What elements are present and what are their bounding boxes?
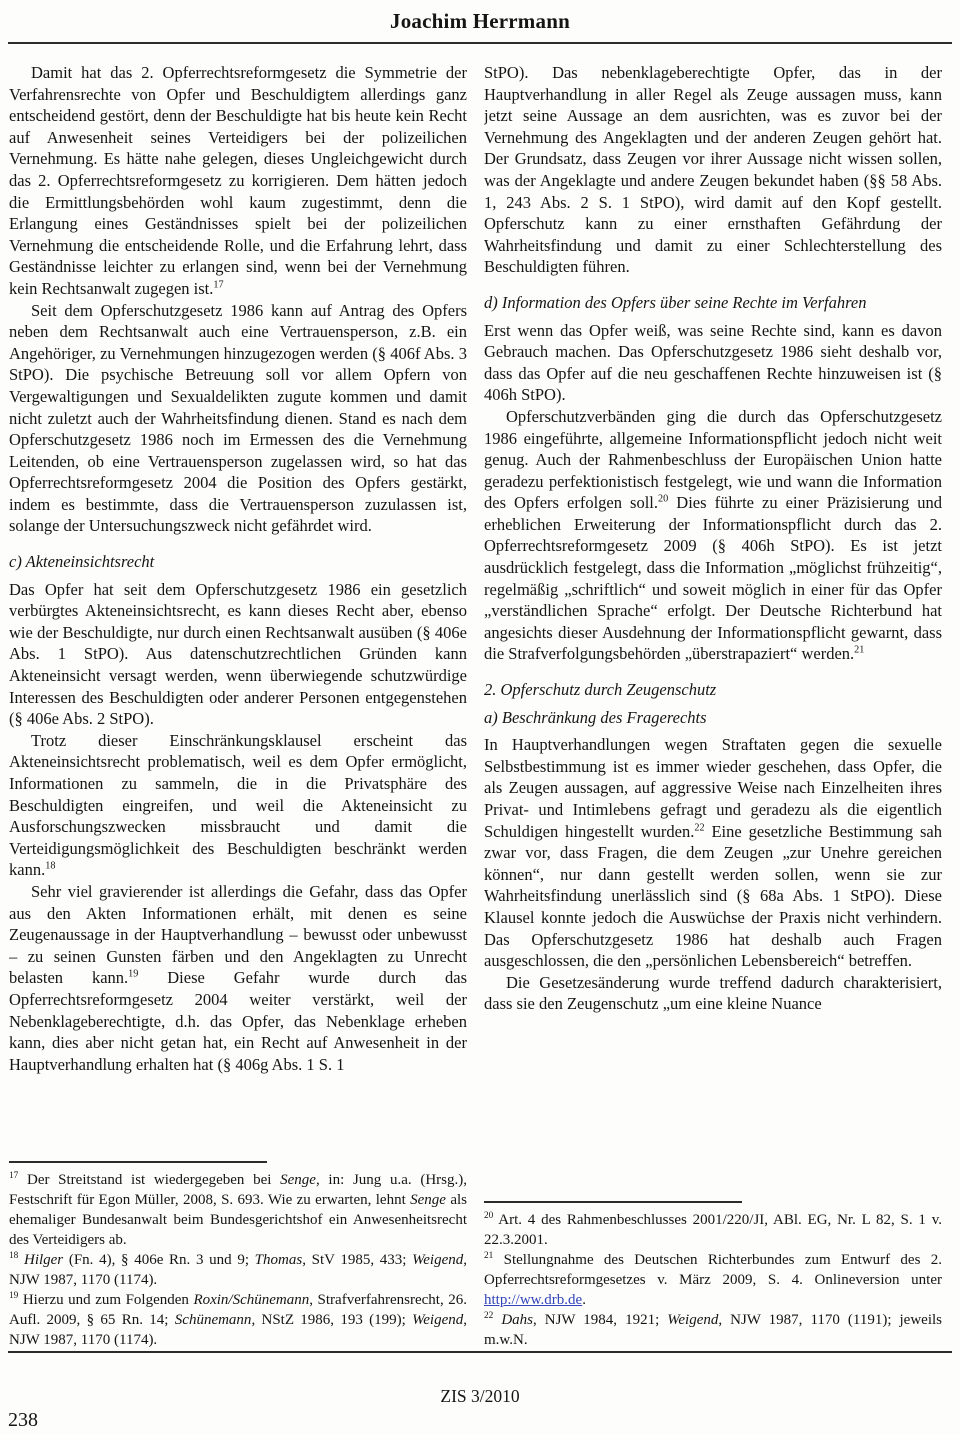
footnote-ref: 22: [694, 822, 704, 833]
footnote: 19 Hierzu und zum Folgenden Roxin/Schüne…: [9, 1290, 467, 1350]
author-name: Joachim Herrmann: [390, 9, 570, 33]
emphasized-text: Senge: [280, 1172, 316, 1188]
emphasized-text: Schünemann: [175, 1312, 252, 1328]
paragraph: Sehr viel gravierender ist allerdings di…: [9, 881, 467, 1075]
footnote-ref: 20: [658, 494, 668, 505]
footnote-ref: 21: [854, 645, 864, 656]
footnote: 18 Hilger (Fn. 4), § 406e Rn. 3 und 9; T…: [9, 1250, 467, 1290]
section-heading: c) Akteneinsichtsrecht: [9, 551, 467, 573]
paragraph: Erst wenn das Opfer weiß, was seine Rech…: [484, 320, 942, 406]
footnote-number: 21: [484, 1251, 493, 1261]
left-column: Damit hat das 2. Opferrechtsreformgesetz…: [9, 62, 467, 1350]
emphasized-text: Weigend: [667, 1312, 718, 1328]
footnote-ref: 17: [213, 279, 223, 290]
paragraph: StPO). Das nebenklageberechtigte Opfer, …: [484, 62, 942, 278]
section-heading: 2. Opferschutz durch Zeugenschutz: [484, 679, 942, 701]
emphasized-text: Weigend: [412, 1312, 463, 1328]
emphasized-text: Weigend: [412, 1252, 463, 1268]
footnote-separator: [9, 1161, 267, 1163]
drb-link[interactable]: http://ww.drb.de: [484, 1292, 582, 1308]
footnote: 17 Der Streitstand ist wiedergegeben bei…: [9, 1170, 467, 1250]
left-column-body: Damit hat das 2. Opferrechtsreformgesetz…: [9, 62, 467, 1075]
footnote-separator: [484, 1201, 742, 1203]
right-column-footnotes: 20 Art. 4 des Rahmenbeschlusses 2001/220…: [484, 1201, 942, 1350]
footnote-number: 18: [9, 1251, 18, 1261]
page-number: 238: [8, 1409, 38, 1432]
paragraph: Die Gesetzesänderung wurde treffend dadu…: [484, 972, 942, 1015]
right-column: StPO). Das nebenklageberechtigte Opfer, …: [484, 62, 942, 1350]
left-column-footnotes: 17 Der Streitstand ist wiedergegeben bei…: [9, 1161, 467, 1350]
paragraph: Seit dem Opferschutzgesetz 1986 kann auf…: [9, 300, 467, 538]
section-heading: d) Information des Opfers über seine Rec…: [484, 292, 942, 314]
two-column-layout: Damit hat das 2. Opferrechtsreformgesetz…: [0, 44, 960, 1350]
journal-title: ZIS 3/2010: [0, 1386, 960, 1407]
emphasized-text: Roxin/Schünemann: [193, 1292, 309, 1308]
footer-rule: [8, 1351, 952, 1353]
page-footer: ZIS 3/2010 238: [0, 1351, 960, 1435]
emphasized-text: Thomas: [255, 1252, 303, 1268]
footnote-number: 20: [484, 1211, 493, 1221]
journal-page: Joachim Herrmann Damit hat das 2. Opferr…: [0, 0, 960, 1435]
paragraph: Das Opfer hat seit dem Opferschutzgesetz…: [9, 579, 467, 730]
footnote: 20 Art. 4 des Rahmenbeschlusses 2001/220…: [484, 1210, 942, 1250]
emphasized-text: Hilger: [24, 1252, 63, 1268]
paragraph: Damit hat das 2. Opferrechtsreformgesetz…: [9, 62, 467, 300]
footnote: 22 Dahs, NJW 1984, 1921; Weigend, NJW 19…: [484, 1310, 942, 1350]
paragraph: Opferschutzverbänden ging die durch das …: [484, 406, 942, 665]
footnote-ref: 18: [45, 861, 55, 872]
footnote-number: 22: [484, 1311, 493, 1321]
footnote-number: 19: [9, 1291, 18, 1301]
paragraph: Trotz dieser Einschränkungsklausel ersch…: [9, 730, 467, 881]
paragraph: In Hauptverhandlungen wegen Straftaten g…: [484, 734, 942, 972]
footnote: 21 Stellungnahme des Deutschen Richterbu…: [484, 1250, 942, 1310]
right-column-body: StPO). Das nebenklageberechtigte Opfer, …: [484, 62, 942, 1015]
footnote-ref: 19: [128, 969, 138, 980]
right-footnote-list: 20 Art. 4 des Rahmenbeschlusses 2001/220…: [484, 1210, 942, 1350]
section-heading: a) Beschränkung des Fragerechts: [484, 707, 942, 729]
footnote-number: 17: [9, 1171, 18, 1181]
left-footnote-list: 17 Der Streitstand ist wiedergegeben bei…: [9, 1170, 467, 1350]
emphasized-text: Dahs: [501, 1312, 533, 1328]
page-header: Joachim Herrmann: [0, 0, 960, 34]
emphasized-text: Senge: [410, 1192, 446, 1208]
